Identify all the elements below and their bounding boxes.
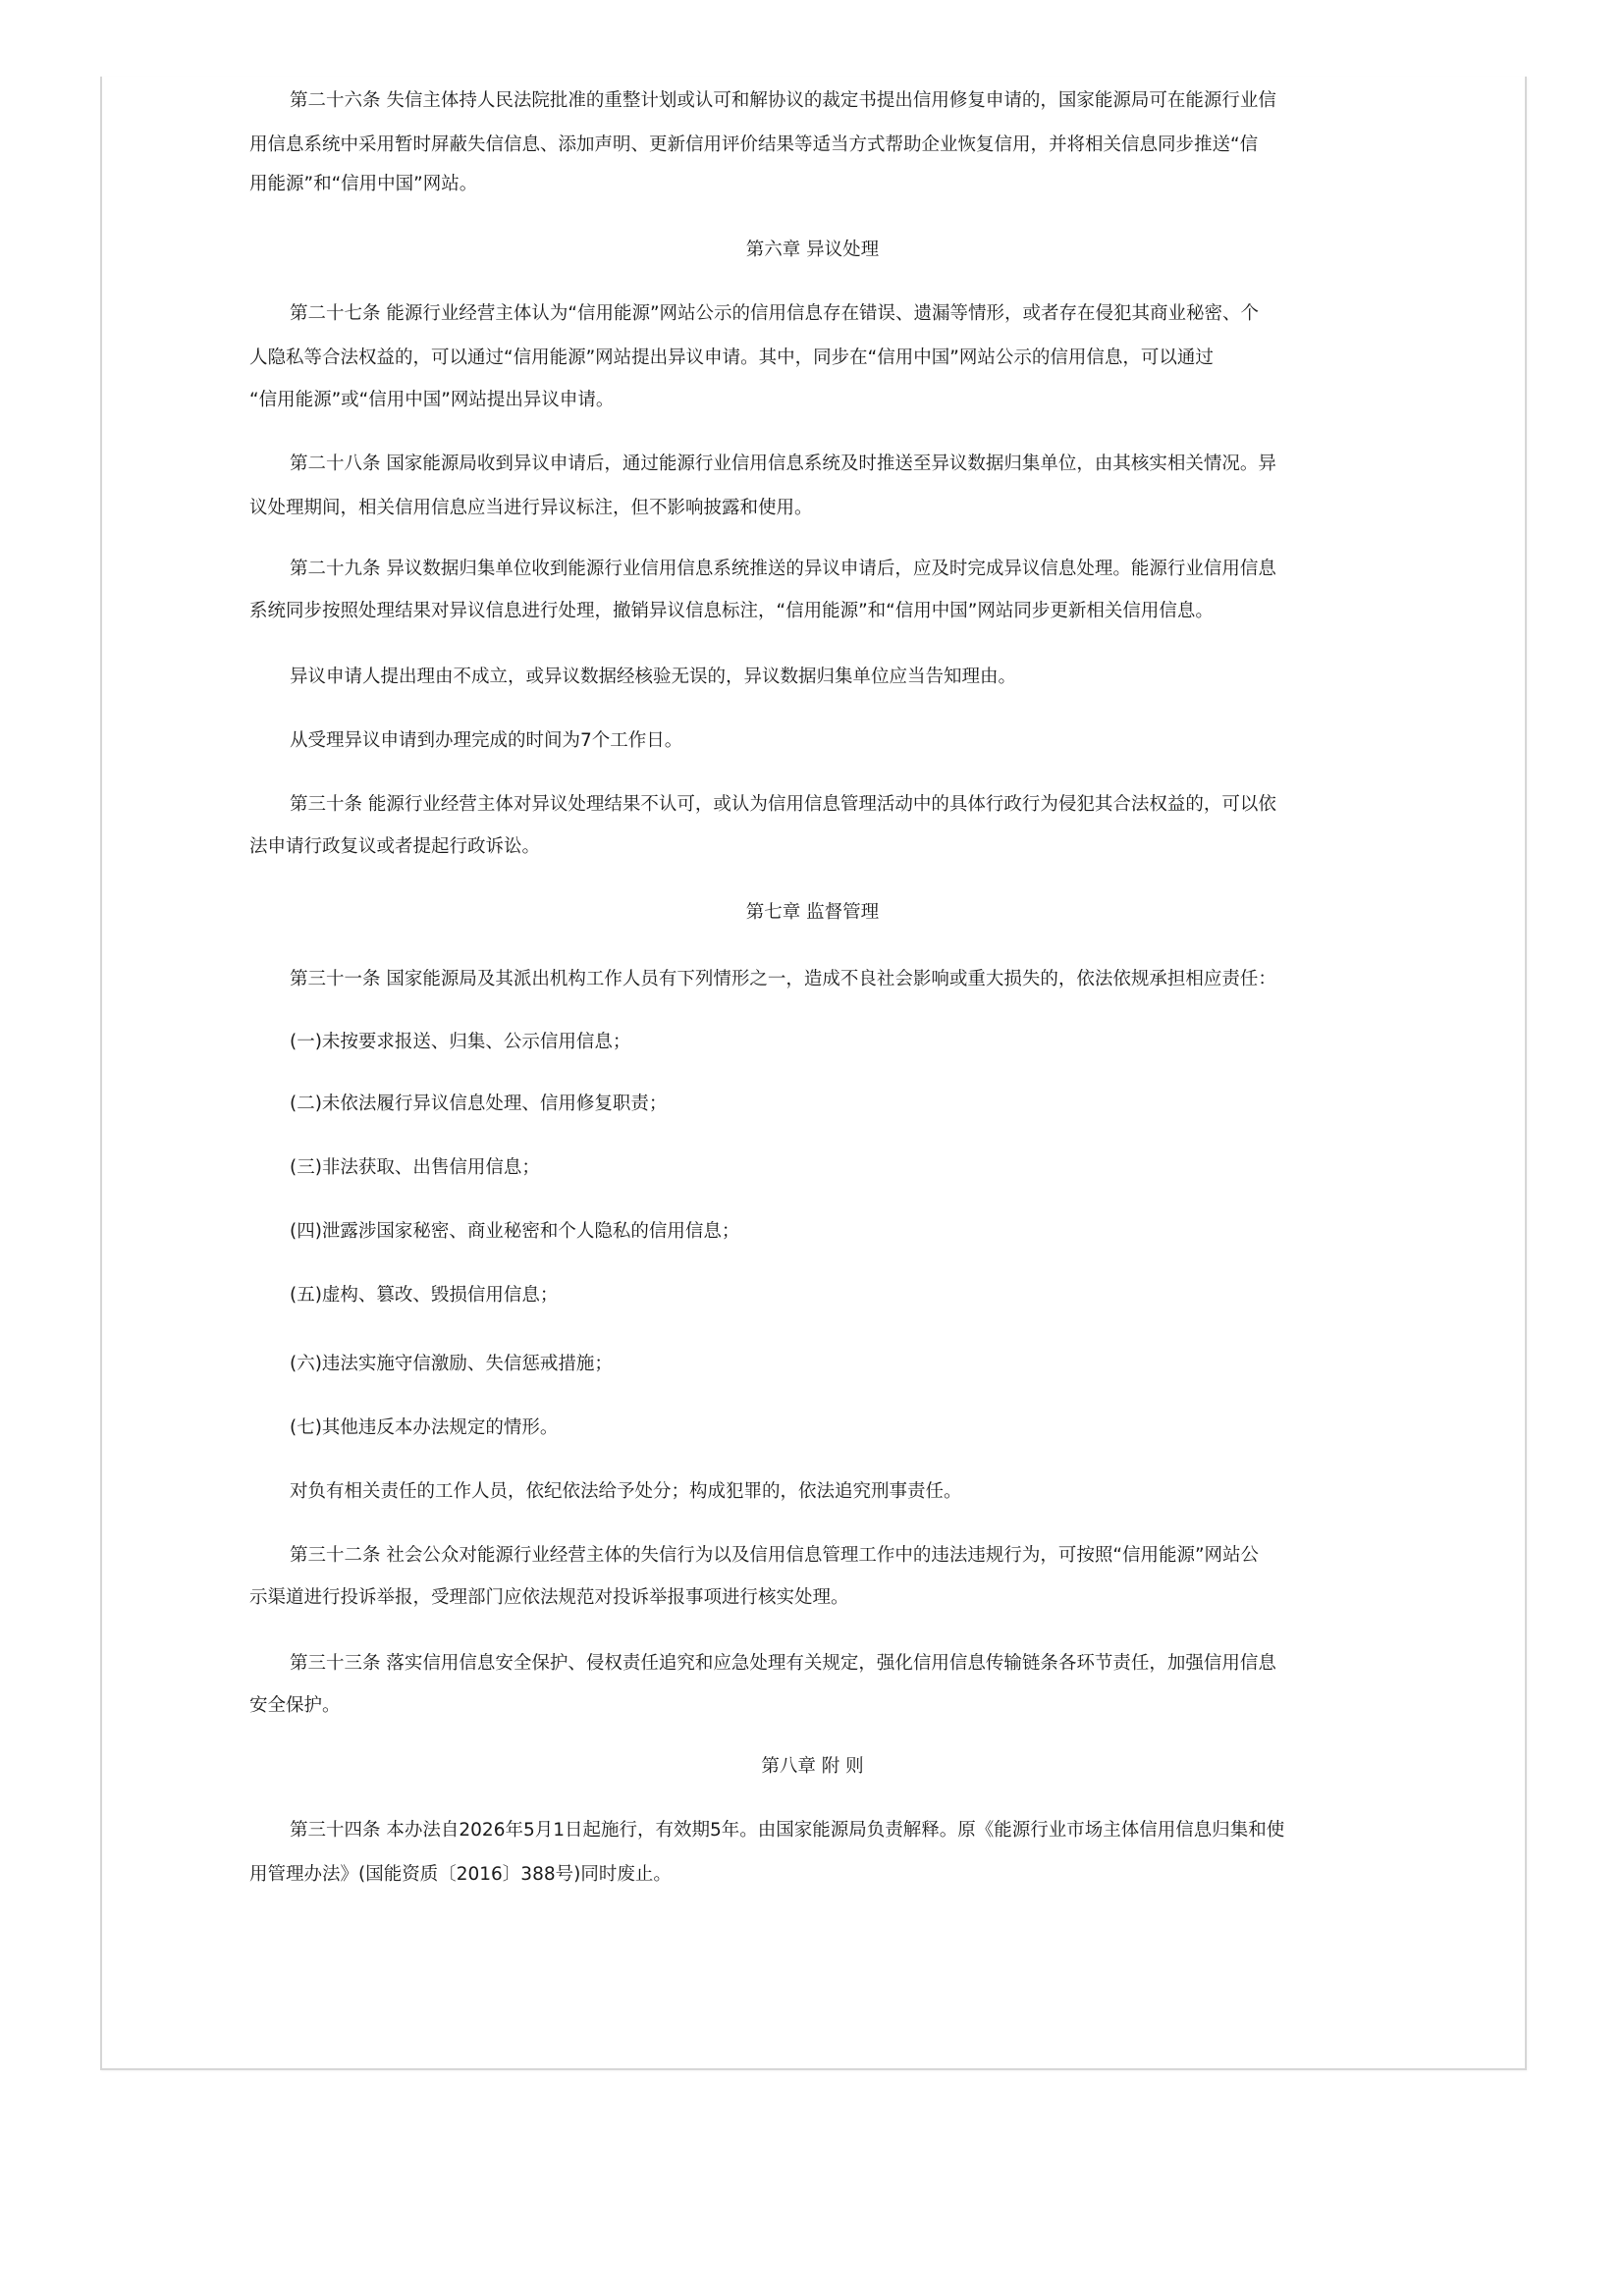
paragraph-first-line: 第二十七条 能源行业经营主体认为“信用能源”网站公示的信用信息存在错误、遗漏等情… xyxy=(290,302,1259,326)
paragraph-first-line: 第三十一条 国家能源局及其派出机构工作人员有下列情形之一，造成不良社会影响或重大… xyxy=(290,968,1276,991)
paragraph-first-line: (三)非法获取、出售信用信息； xyxy=(290,1156,540,1180)
paragraph-line: 用能源”和“信用中国”网站。 xyxy=(249,173,477,196)
paragraph-first-line: 第三十四条 本办法自2026年5月1日起施行，有效期5年。由国家能源局负责解释。… xyxy=(290,1819,1284,1842)
paragraph-line: 法申请行政复议或者提起行政诉讼。 xyxy=(249,835,540,859)
paragraph-first-line: 异议申请人提出理由不成立，或异议数据经核验无误的，异议数据归集单位应当告知理由。 xyxy=(290,666,1016,689)
paragraph-line: 人隐私等合法权益的，可以通过“信用能源”网站提出异议申请。其中，同步在“信用中国… xyxy=(249,347,1214,370)
paragraph-first-line: 第二十八条 国家能源局收到异议申请后，通过能源行业信用信息系统及时推送至异议数据… xyxy=(290,453,1276,476)
paragraph-first-line: 第二十六条 失信主体持人民法院批准的重整计划或认可和解协议的裁定书提出信用修复申… xyxy=(290,89,1276,113)
chapter-heading: 第六章 异议处理 xyxy=(100,239,1525,262)
chapter-heading: 第八章 附 则 xyxy=(100,1755,1525,1779)
paragraph-first-line: (二)未依法履行异议信息处理、信用修复职责； xyxy=(290,1093,667,1116)
chapter-heading: 第七章 监督管理 xyxy=(100,901,1525,925)
paragraph-line: 用信息系统中采用暂时屏蔽失信信息、添加声明、更新信用评价结果等适当方式帮助企业恢… xyxy=(249,133,1258,157)
paragraph-line: 安全保护。 xyxy=(249,1694,341,1718)
paragraph-line: 系统同步按照处理结果对异议信息进行处理，撤销异议信息标注，“信用能源”和“信用中… xyxy=(249,600,1214,623)
paragraph-line: 用管理办法》(国能资质〔2016〕388号)同时废止。 xyxy=(249,1863,672,1887)
paragraph-first-line: (四)泄露涉国家秘密、商业秘密和个人隐私的信用信息； xyxy=(290,1220,739,1244)
paragraph-first-line: 从受理异议申请到办理完成的时间为7个工作日。 xyxy=(290,729,682,753)
paragraph-line: 示渠道进行投诉举报，受理部门应依法规范对投诉举报事项进行核实处理。 xyxy=(249,1586,849,1610)
paragraph-first-line: 对负有相关责任的工作人员，依纪依法给予处分；构成犯罪的，依法追究刑事责任。 xyxy=(290,1480,962,1504)
paragraph-line: “信用能源”或“信用中国”网站提出异议申请。 xyxy=(249,389,614,412)
paragraph-first-line: (六)违法实施守信激励、失信惩戒措施； xyxy=(290,1353,613,1376)
paragraph-first-line: 第三十二条 社会公众对能源行业经营主体的失信行为以及信用信息管理工作中的违法违规… xyxy=(290,1544,1259,1568)
paragraph-first-line: 第二十九条 异议数据归集单位收到能源行业信用信息系统推送的异议申请后，应及时完成… xyxy=(290,558,1276,581)
paragraph-first-line: (一)未按要求报送、归集、公示信用信息； xyxy=(290,1031,630,1054)
paragraph-first-line: 第三十三条 落实信用信息安全保护、侵权责任追究和应急处理有关规定，强化信用信息传… xyxy=(290,1652,1276,1676)
paragraph-first-line: (七)其他违反本办法规定的情形。 xyxy=(290,1416,558,1440)
paragraph-line: 议处理期间，相关信用信息应当进行异议标注，但不影响披露和使用。 xyxy=(249,497,813,520)
paragraph-first-line: (五)虚构、篡改、毁损信用信息； xyxy=(290,1284,558,1308)
paragraph-first-line: 第三十条 能源行业经营主体对异议处理结果不认可，或认为信用信息管理活动中的具体行… xyxy=(290,793,1276,817)
